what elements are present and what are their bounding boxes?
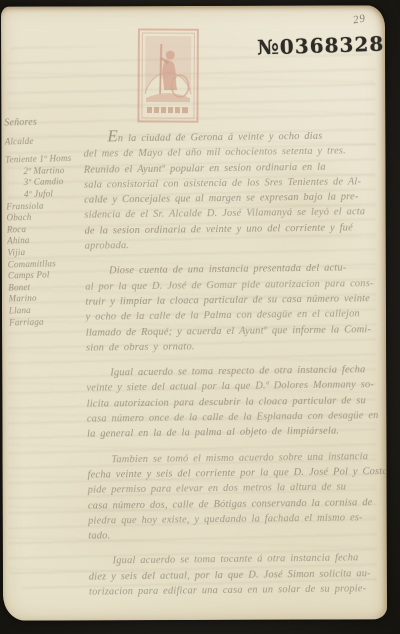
margin-attendee-list: SeñoresAlcaldeTeniente 1º Homs2º Martino… [4,116,93,329]
manuscript-line: la general en la de la palma al objeto d… [87,423,385,442]
margin-name: Farriaga [9,315,93,329]
margin-name: Alcalde [5,134,89,148]
manuscript-line: sion de obras y ornato. [86,337,384,356]
manuscript-body-text: En la ciudad de Gerona á veinte y ocho d… [83,125,387,600]
manuscript-line: aprobada. [85,235,383,254]
serial-number-stamp: №0368328 [257,32,386,60]
manuscript-line: tado. [88,525,386,544]
photo-background: { "photo": { "background_color": "#211f1… [0,0,400,634]
seated-figure-revenue-stamp-icon [137,28,199,123]
margin-name: Señores [4,116,88,130]
manuscript-page: №0368328 29 SeñoresAlcaldeTeniente 1º Ho… [1,5,387,620]
folio-page-number: 29 [352,12,367,26]
manuscript-line: torizacion para edificar una casa en un … [89,581,387,600]
